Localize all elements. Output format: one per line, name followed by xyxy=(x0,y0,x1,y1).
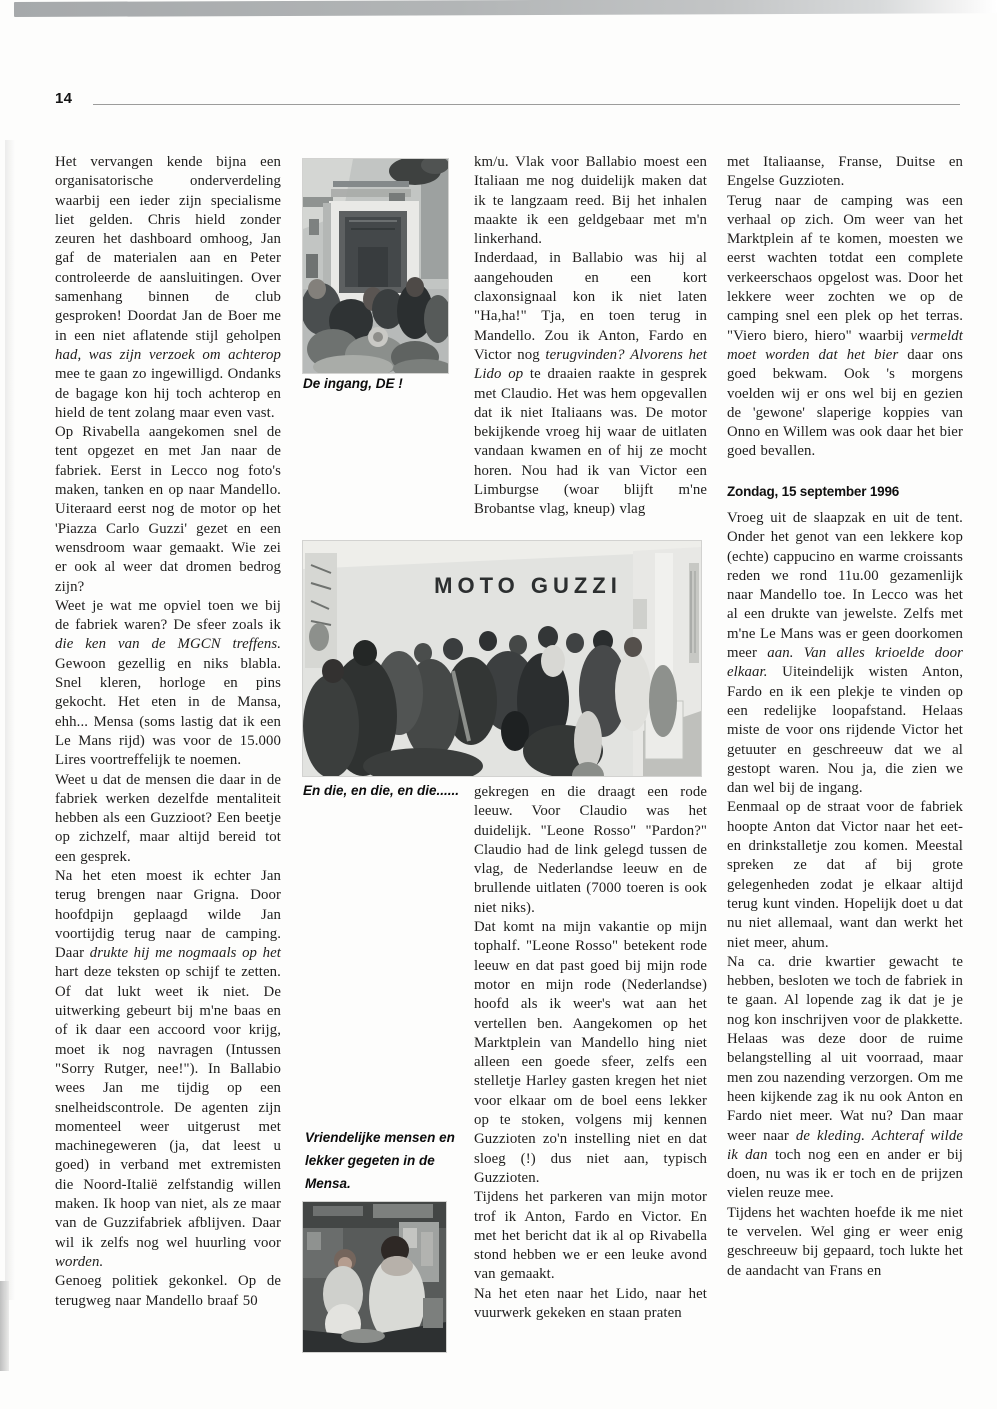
moto-guzzi-crowd-image: MOTO GUZZI xyxy=(303,541,701,776)
wall-sign-moto-guzzi: MOTO GUZZI xyxy=(434,573,622,598)
page-number: 14 xyxy=(55,90,72,107)
gate-doorway xyxy=(323,201,419,301)
paragraph: Na het eten naar het Lido, naar het vuur… xyxy=(474,1285,707,1324)
header-rule xyxy=(93,104,960,105)
mensa-kitchen-image xyxy=(303,1202,446,1352)
paragraph: Dat komt na mijn vakantie op mijn tophal… xyxy=(474,918,707,1188)
paragraph: Na het eten moest ik echter Jan terug br… xyxy=(55,867,281,1272)
scan-top-edge-artifact xyxy=(14,0,997,17)
paragraph: met Italiaanse, Franse, Duitse en Engels… xyxy=(727,153,963,192)
photo-caption-crowd: En die, en die, en die...... xyxy=(303,779,483,802)
paragraph: Terug naar de camping was een verhaal op… xyxy=(727,192,963,462)
paragraph: Weet je wat me opviel toen we bij de fab… xyxy=(55,597,281,771)
section-heading-date: Zondag, 15 september 1996 xyxy=(727,484,963,499)
paragraph: Na ca. drie kwartier gewacht te hebben, … xyxy=(727,953,963,1204)
paragraph: Tijdens het wachten hoefde ik me niet te… xyxy=(727,1204,963,1281)
photo-caption-mensa: Vriendelijke mensen en lekker gegeten in… xyxy=(305,1126,455,1195)
factory-entrance-image xyxy=(303,159,448,373)
scan-left-edge-artifact xyxy=(0,1281,9,1371)
paragraph: Het vervangen kende bijna een organisato… xyxy=(55,153,281,423)
magazine-page: 14 Het vervangen kende bijna een organis… xyxy=(0,0,997,1409)
article-column-2-top: km/u. Vlak voor Ballabio moest een Itali… xyxy=(474,153,707,520)
paragraph: Genoeg politiek gekonkel. Op de terugweg… xyxy=(55,1272,281,1311)
article-column-2-bottom: gekregen en die draagt een rode leeuw. V… xyxy=(474,783,707,1323)
paragraph: gekregen en die draagt een rode leeuw. V… xyxy=(474,783,707,918)
photo-mensa-kitchen xyxy=(303,1202,446,1352)
paragraph: Op Rivabella aangekomen snel de tent opg… xyxy=(55,423,281,597)
article-column-1: Het vervangen kende bijna een organisato… xyxy=(55,153,281,1311)
photo-caption-entrance: De ingang, DE ! xyxy=(303,372,473,395)
scan-left-shadow xyxy=(5,140,15,1300)
article-column-3-top: met Italiaanse, Franse, Duitse en Engels… xyxy=(727,153,963,462)
article-column-3-bottom: Vroeg uit de slaapzak en uit de tent. On… xyxy=(727,509,963,1281)
photo-factory-entrance xyxy=(303,159,448,373)
paragraph: km/u. Vlak voor Ballabio moest een Itali… xyxy=(474,153,707,249)
paragraph: Weet u dat de mensen die daar in de fabr… xyxy=(55,771,281,867)
paragraph: Inderdaad, in Ballabio was hij al aangeh… xyxy=(474,249,707,519)
paragraph: Tijdens het parkeren van mijn motor trof… xyxy=(474,1188,707,1284)
paragraph: Eenmaal op de straat voor de fabriek hoo… xyxy=(727,798,963,952)
photo-moto-guzzi-crowd: MOTO GUZZI xyxy=(303,541,701,776)
paragraph: Vroeg uit de slaapzak en uit de tent. On… xyxy=(727,509,963,798)
